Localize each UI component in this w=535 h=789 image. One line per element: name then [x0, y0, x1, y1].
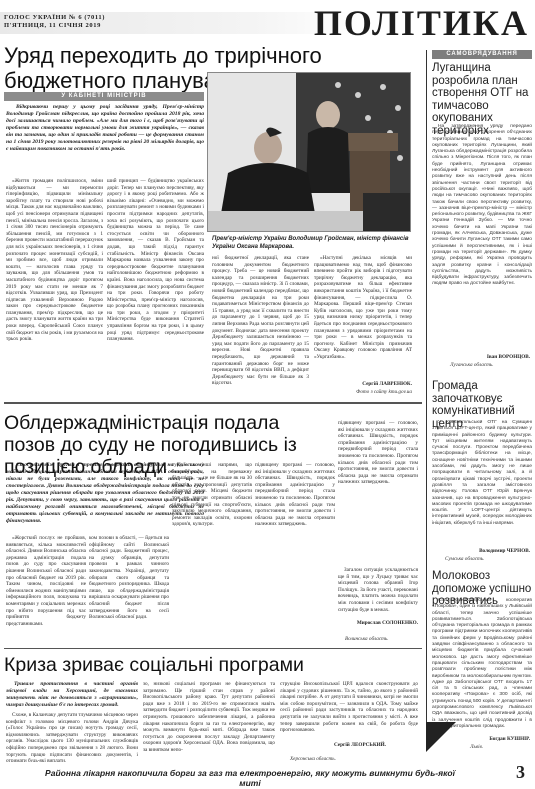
article1-col1: «Життя громадян поліпшилося, зміни відбу…: [6, 178, 103, 396]
article1-photo-credit: Фото з сайту kmu.gov.ua: [314, 389, 412, 395]
article2-col5-top: підвищену програмі — головою, які ініцію…: [338, 420, 418, 565]
article3-place: Херсонська область.: [290, 756, 370, 762]
page-corner-decoration: [426, 722, 456, 752]
sidebar-item1-place: Луганська область.: [450, 362, 530, 368]
divider: [4, 648, 422, 649]
article2-col5: Загалом ситуація ускладнюється ще й тим,…: [338, 567, 418, 617]
sidebar-item3-signature: Богдан КУШНІР.: [470, 736, 530, 742]
sidebar-item2-text: У Краснопільській ОТГ на Сумщині з'явить…: [432, 420, 532, 546]
page-number: 3: [516, 762, 525, 783]
masthead-issue: ГОЛОС УКРАЇНИ № 6 (7011) П'ЯТНИЦЯ, 11 СІ…: [4, 14, 105, 30]
article3-col2: зо, низкові соціальні програми не фінанс…: [143, 681, 275, 762]
sidebar-item2-place: Сумська область.: [445, 556, 525, 562]
sidebar-item1-signature: Іван ВОРОНЦОВ.: [432, 354, 530, 360]
article1-photo: [207, 72, 411, 232]
article2-place: Волинська область.: [345, 636, 425, 642]
sidebar-item3-text: Сільськогосподарський кооператив «Покров…: [432, 598, 532, 732]
article1-lead: Відкриваючи першу у цьому році засідання…: [6, 104, 204, 176]
article2-signature: Мирослав СОЛОНЕНКО.: [338, 620, 418, 626]
sidebar-item1-text: На затвердження уряду передано перспекти…: [432, 124, 532, 352]
article1-rubric: У КАБІНЕТІ МІНІСТРІВ: [4, 92, 204, 101]
footer-teaser: Районна лікарня накопичила борги за газ …: [40, 768, 460, 788]
article3-headline: Криза зриває соціальні програми: [4, 654, 404, 676]
article2-col1: «Жорсткий послух не пройшов, виявляється…: [6, 535, 86, 645]
issue-number: ГОЛОС УКРАЇНИ № 6 (7011): [4, 14, 105, 22]
section-title: ПОЛІТИКА: [314, 6, 529, 40]
article3-col3: струкцію Високопільської ЦРЛ вдалося ско…: [280, 681, 418, 739]
article2-col3: туру, та інші напрями, що потребують, на…: [172, 462, 252, 645]
article3-signature: Сергій ЛЕОРСЬКИЙ.: [330, 742, 390, 748]
article1-col3: ної бюджетної декларації, яка стане голо…: [212, 255, 309, 396]
photo-illustration: [208, 73, 410, 231]
sidebar-rubric: САМОВРЯДУВАННЯ: [432, 50, 532, 59]
article1-col2: ший принцип — будівництво українських до…: [107, 178, 204, 396]
article2-col4: підвищену програмі — головою, які ініцію…: [255, 462, 335, 645]
article1-photo-caption: Прем'єр-міністр України Володимир Гройсм…: [212, 236, 412, 251]
article2-col2: ком позови в області, — йдеться на офіці…: [89, 535, 169, 645]
issue-date: П'ЯТНИЦЯ, 11 СІЧНЯ 2019: [4, 22, 105, 30]
article1-col4: «Наступні декілька місяців ми працюватим…: [314, 255, 412, 377]
article3-lead: Тривале протистояння в частині органів м…: [6, 681, 138, 711]
sidebar-item3-place: Львів.: [470, 744, 520, 750]
divider: [4, 402, 422, 404]
article3-col1: Схоже, в Каланчаку депутати тлумачимо мі…: [6, 712, 138, 762]
sidebar-item2-signature: Володимир ЧЕРНОВ.: [432, 548, 530, 554]
article1-signature: Сергій ЛАВРЕНЮК.: [314, 381, 412, 387]
